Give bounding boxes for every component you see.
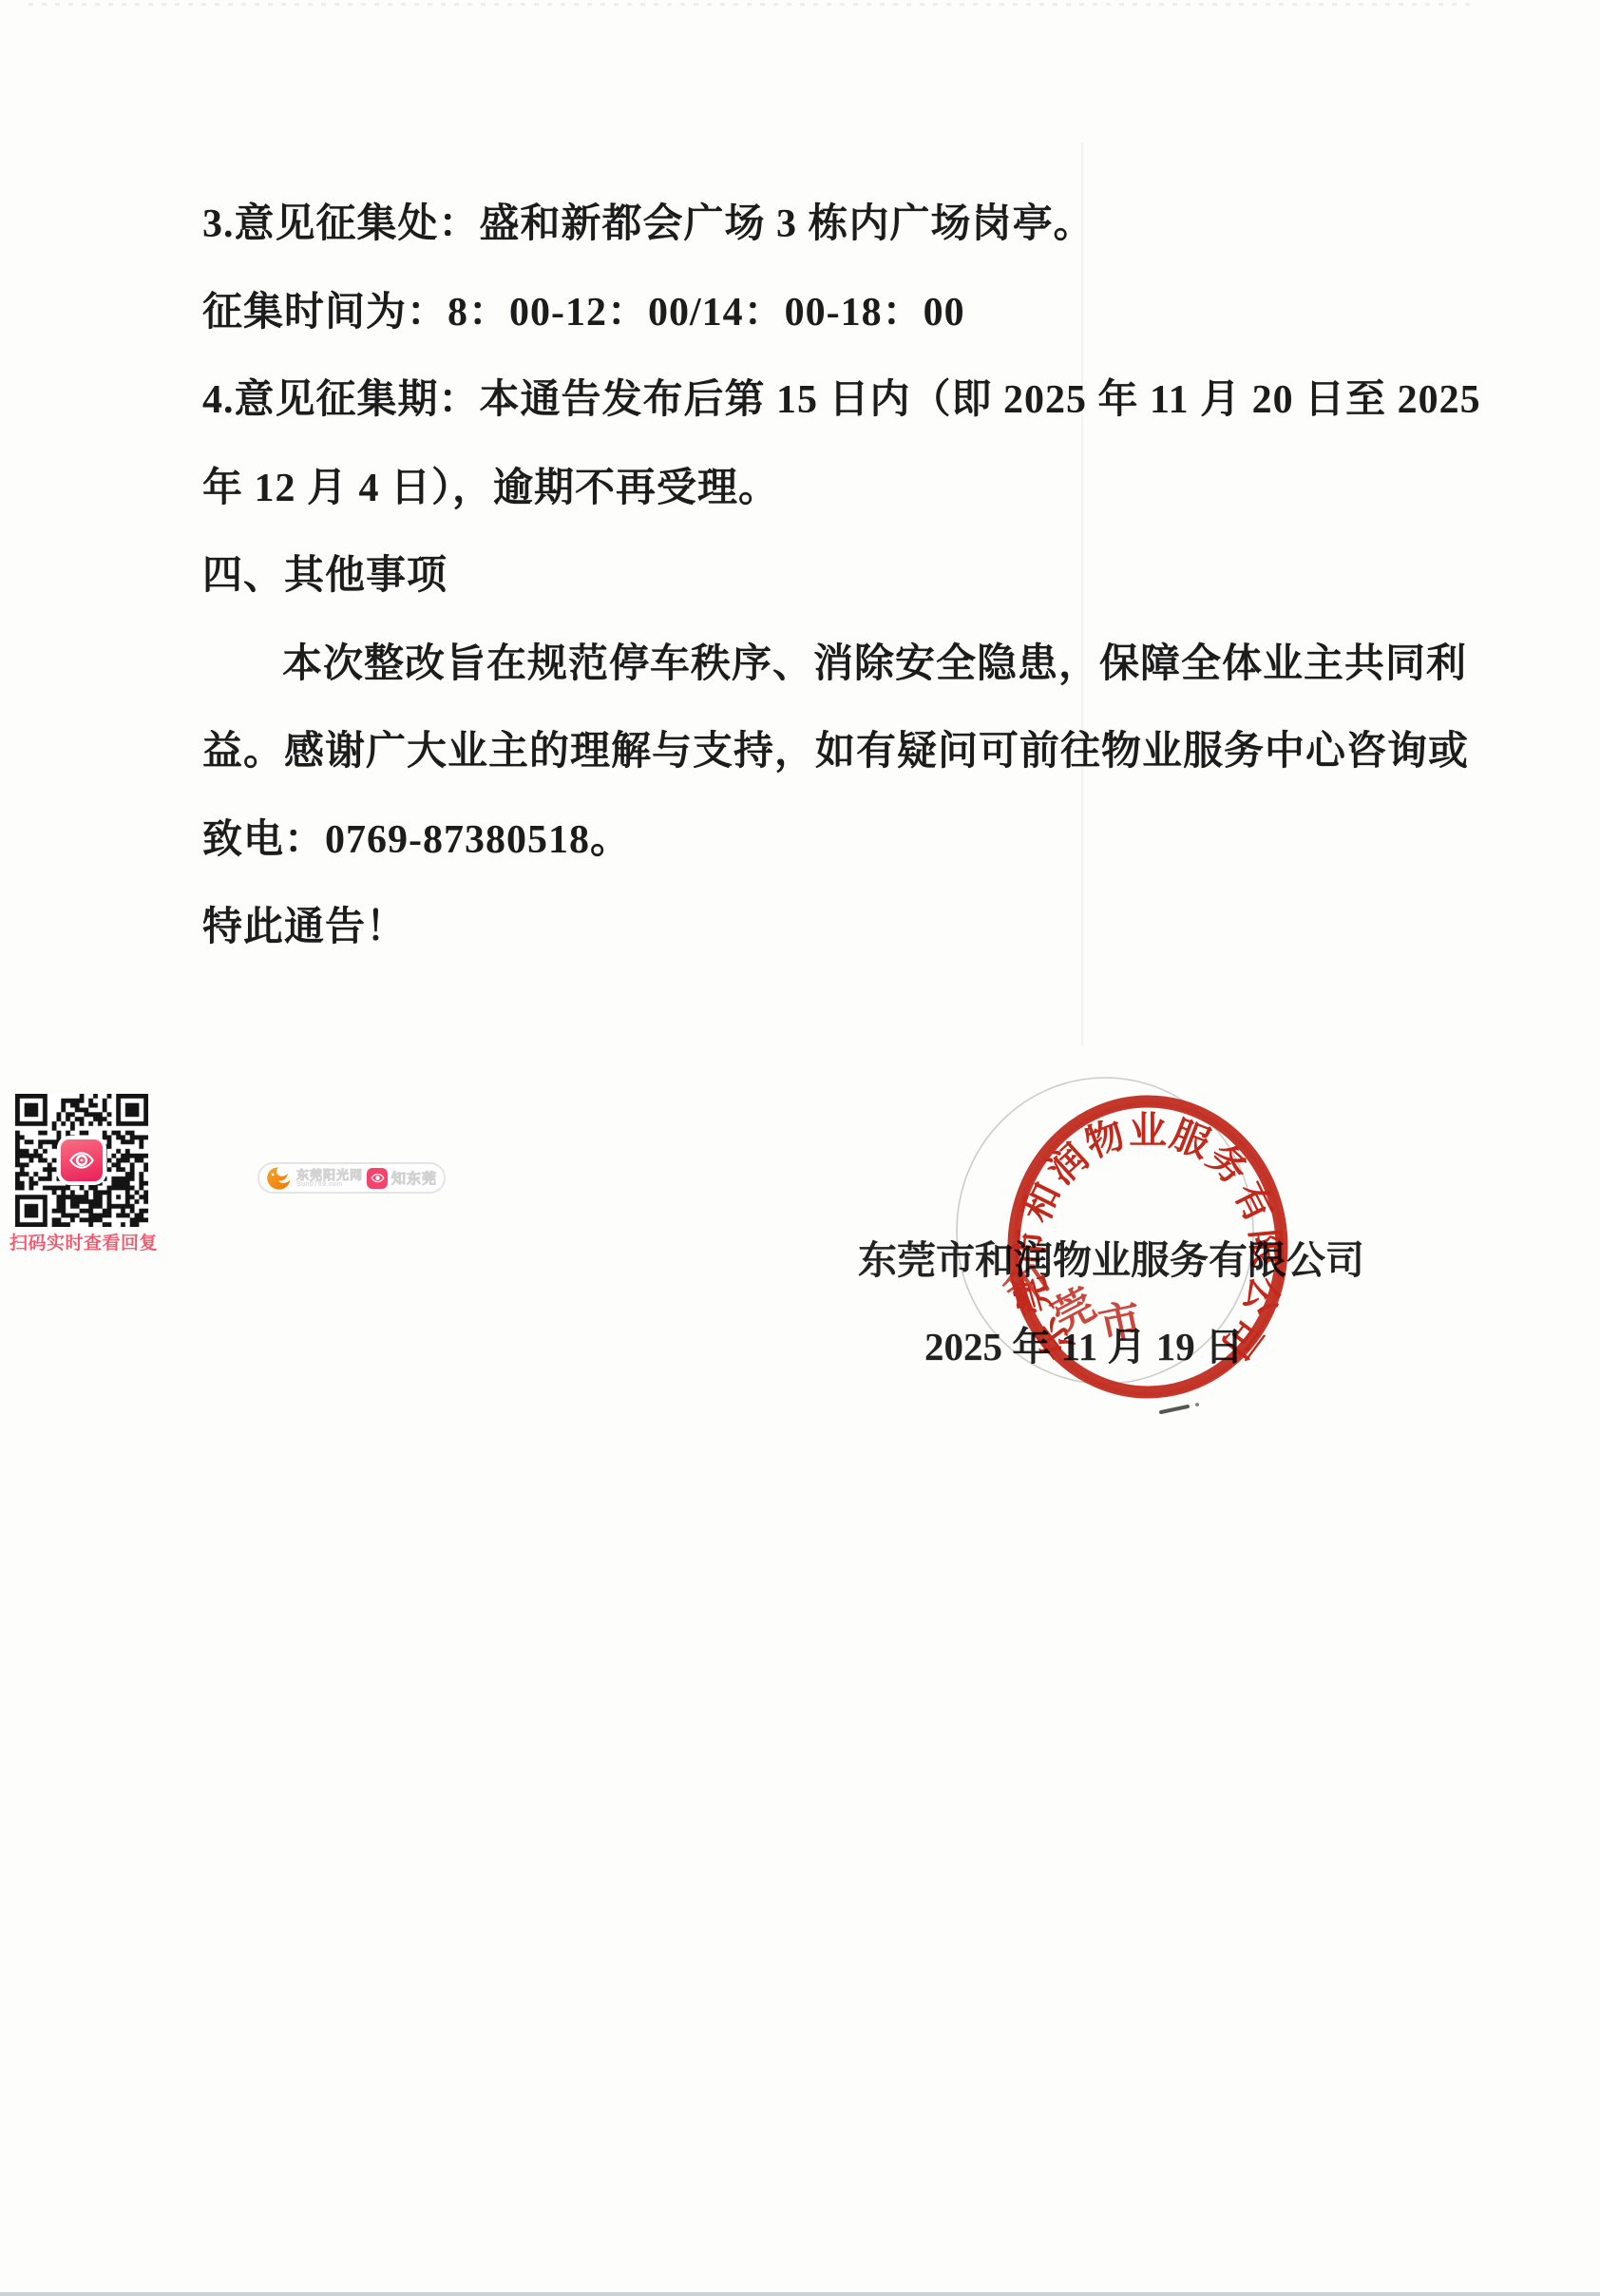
eye-icon-glyph — [371, 1171, 385, 1185]
watermark-site: 东莞阳光网 Sun0769.com — [296, 1169, 363, 1188]
body-line: 4.意见征集期：本通告发布后第 15 日内（即 2025 年 11 月 20 日… — [202, 353, 1495, 441]
body-line: 致电：0769-87380518。 — [202, 793, 1495, 881]
qr-caption: 扫码实时查看回复 — [10, 1229, 154, 1254]
watermark-pill: 东莞阳光网 Sun0769.com 知东莞 — [257, 1162, 446, 1194]
eye-app-icon — [367, 1168, 388, 1189]
body-line: 征集时间为：8：00-12：00/14：00-18：00 — [202, 265, 1495, 354]
scanned-notice-page: 3.意见征集处：盛和新都会广场 3 栋内广场岗亭。 征集时间为：8：00-12：… — [0, 0, 1600, 2296]
company-seal: 东莞市和润物业服务有限公司 和莞市 — [941, 1064, 1321, 1435]
scan-bottom-edge — [0, 2292, 1600, 2296]
watermark-site-name: 东莞阳光网 — [296, 1169, 363, 1181]
body-line-closing: 特此通告！ — [202, 880, 1495, 968]
scan-noise-strip — [29, 3, 1473, 6]
bird-icon — [264, 1164, 293, 1193]
eye-icon-glyph — [68, 1147, 95, 1174]
pen-dot — [1195, 1403, 1199, 1406]
body-line: 3.意见征集处：盛和新都会广场 3 栋内广场岗亭。 — [202, 177, 1495, 265]
pen-dash — [1161, 1406, 1188, 1412]
body-line-section-heading: 四、其他事项 — [202, 528, 1495, 617]
body-line: 益。感谢广大业主的理解与支持，如有疑问可前往物业服务中心咨询或 — [202, 704, 1495, 793]
body-line: 年 12 月 4 日），逾期不再受理。 — [202, 441, 1495, 529]
svg-text:限: 限 — [1243, 1227, 1289, 1269]
watermark-app-name: 知东莞 — [391, 1168, 437, 1188]
svg-text:市: 市 — [1095, 1295, 1145, 1349]
seal-double-strike: 和莞市 — [998, 1255, 1146, 1349]
svg-text:业: 业 — [1129, 1109, 1167, 1152]
notice-body: 3.意见征集处：盛和新都会广场 3 栋内广场岗亭。 征集时间为：8：00-12：… — [202, 177, 1495, 968]
body-line: 本次整改旨在规范停车秩序、消除安全隐患，保障全体业主共同利 — [202, 617, 1495, 705]
eye-icon — [61, 1139, 103, 1181]
